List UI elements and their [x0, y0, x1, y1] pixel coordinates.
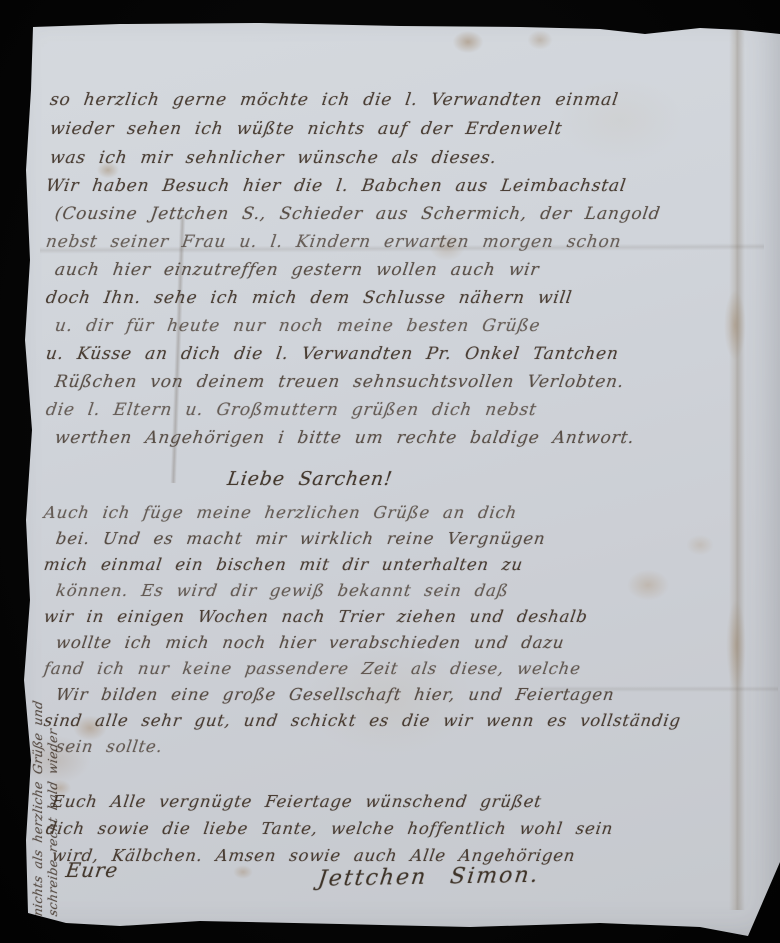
handwriting-line: mich einmal ein bischen mit dir unterhal… — [42, 552, 762, 578]
handwriting-line: dich sowie die liebe Tante, welche hoffe… — [44, 815, 760, 842]
handwriting-line: Auch ich füge meine herzlichen Grüße an … — [42, 500, 762, 526]
handwriting-line: nebst seiner Frau u. l. Kindern erwarten… — [44, 228, 754, 256]
handwriting-line: so herzlich gerne möchte ich die l. Verw… — [48, 86, 712, 115]
letter-signature: Jettchen Simon. — [318, 861, 618, 891]
handwriting-line: sind alle sehr gut, und schickt es die w… — [42, 708, 762, 734]
letter-valediction: Eure — [66, 858, 118, 882]
letter-paper: so herzlich gerne möchte ich die l. Verw… — [0, 0, 780, 943]
handwriting-line: (Cousine Jettchen S., Schieder aus Scher… — [53, 200, 754, 228]
handwriting-line: Wir bilden eine große Gesellschaft hier,… — [54, 682, 762, 708]
handwriting-line: fand ich nur keine passendere Zeit als d… — [42, 656, 762, 682]
handwriting-line: sein sollte. — [54, 734, 762, 760]
handwriting-line: doch Ihn. sehe ich mich dem Schlusse näh… — [44, 284, 754, 312]
handwriting-line: auch hier einzutreffen gestern wollen au… — [53, 256, 754, 284]
letter-paragraph-3: Auch ich füge meine herzlichen Grüße an … — [44, 500, 760, 760]
handwriting-line: können. Es wird dir gewiß bekannt sein d… — [54, 578, 762, 604]
handwriting-line: Eure — [64, 858, 119, 882]
handwriting-line: Wir haben Besuch hier die l. Babchen aus… — [44, 172, 754, 200]
handwriting-line: was ich mir sehnlicher wünsche als diese… — [48, 144, 712, 173]
handwriting-line: u. Küsse an dich die l. Verwandten Pr. O… — [44, 340, 754, 368]
handwriting-line: werthen Angehörigen i bitte um rechte ba… — [53, 424, 754, 452]
handwriting-line: nichts als herzliche Grüße und — [30, 683, 45, 918]
letter-paragraph-1: so herzlich gerne möchte ich die l. Verw… — [50, 86, 710, 173]
photo-background: so herzlich gerne möchte ich die l. Verw… — [0, 0, 780, 943]
handwriting-line: wieder sehen ich wüßte nichts auf der Er… — [48, 115, 712, 144]
handwriting-line: schreibe recht bald wieder — [45, 683, 60, 918]
letter-paragraph-2: Wir haben Besuch hier die l. Babchen aus… — [46, 172, 752, 452]
vertical-fold-crease — [729, 30, 745, 910]
handwriting-line: wollte ich mich noch hier verabschieden … — [54, 630, 762, 656]
handwriting-line: bei. Und es macht mir wirklich reine Ver… — [54, 526, 762, 552]
letter-salutation: Liebe Sarchen! — [60, 468, 560, 490]
handwriting-line: die l. Eltern u. Großmuttern grüßen dich… — [44, 396, 754, 424]
letter-closing: Euch Alle vergnügte Feiertage wünschend … — [52, 788, 758, 869]
handwriting-line: Rüßchen von deinem treuen sehnsuchtsvoll… — [53, 368, 754, 396]
handwriting-line: Euch Alle vergnügte Feiertage wünschend … — [50, 788, 760, 815]
margin-note-vertical: nichts als herzliche Grüße und schreibe … — [30, 684, 60, 916]
handwriting-line: Liebe Sarchen! — [58, 468, 561, 490]
handwriting-line: Jettchen Simon. — [316, 861, 619, 891]
handwriting-line: wir in einigen Wochen nach Trier ziehen … — [42, 604, 762, 630]
handwriting-line: u. dir für heute nur noch meine besten G… — [53, 312, 754, 340]
